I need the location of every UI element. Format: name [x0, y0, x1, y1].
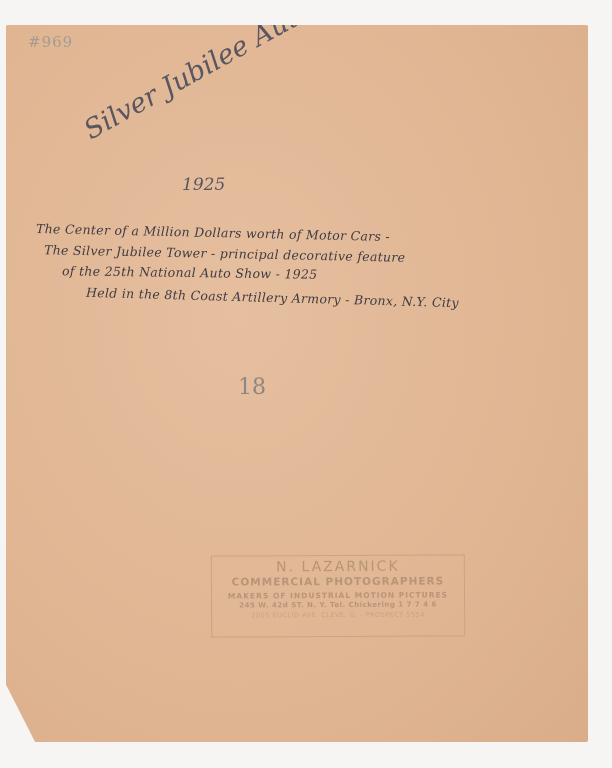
stamp-address: 245 W. 42d ST. N. Y. Tel. Chickering 1 7…	[212, 601, 464, 609]
stamp-name: N. LAZARNICK	[212, 559, 464, 574]
catalog-number: #969	[28, 33, 73, 51]
photo-back-paper: #969 Silver Jubilee Autoshow 1925 The Ce…	[6, 25, 588, 742]
handwritten-title: Silver Jubilee Autoshow	[79, 0, 380, 146]
stamp-line: MAKERS OF INDUSTRIAL MOTION PICTURES	[212, 591, 464, 600]
caption-line: of the 25th National Auto Show - 1925	[62, 263, 318, 282]
page-mark: 18	[238, 375, 266, 400]
stamp-subtitle: COMMERCIAL PHOTOGRAPHERS	[212, 576, 464, 588]
caption-line: The Center of a Million Dollars worth of…	[36, 221, 390, 244]
handwritten-year: 1925	[182, 175, 225, 195]
stamp-address-secondary: 2005 EUCLID AVE. CLEVE. O. - PROSPECT 55…	[212, 611, 464, 619]
caption-line: Held in the 8th Coast Artillery Armory -…	[86, 285, 459, 310]
caption-line: The Silver Jubilee Tower - principal dec…	[44, 242, 406, 265]
photographer-stamp: N. LAZARNICK COMMERCIAL PHOTOGRAPHERS MA…	[211, 554, 465, 637]
